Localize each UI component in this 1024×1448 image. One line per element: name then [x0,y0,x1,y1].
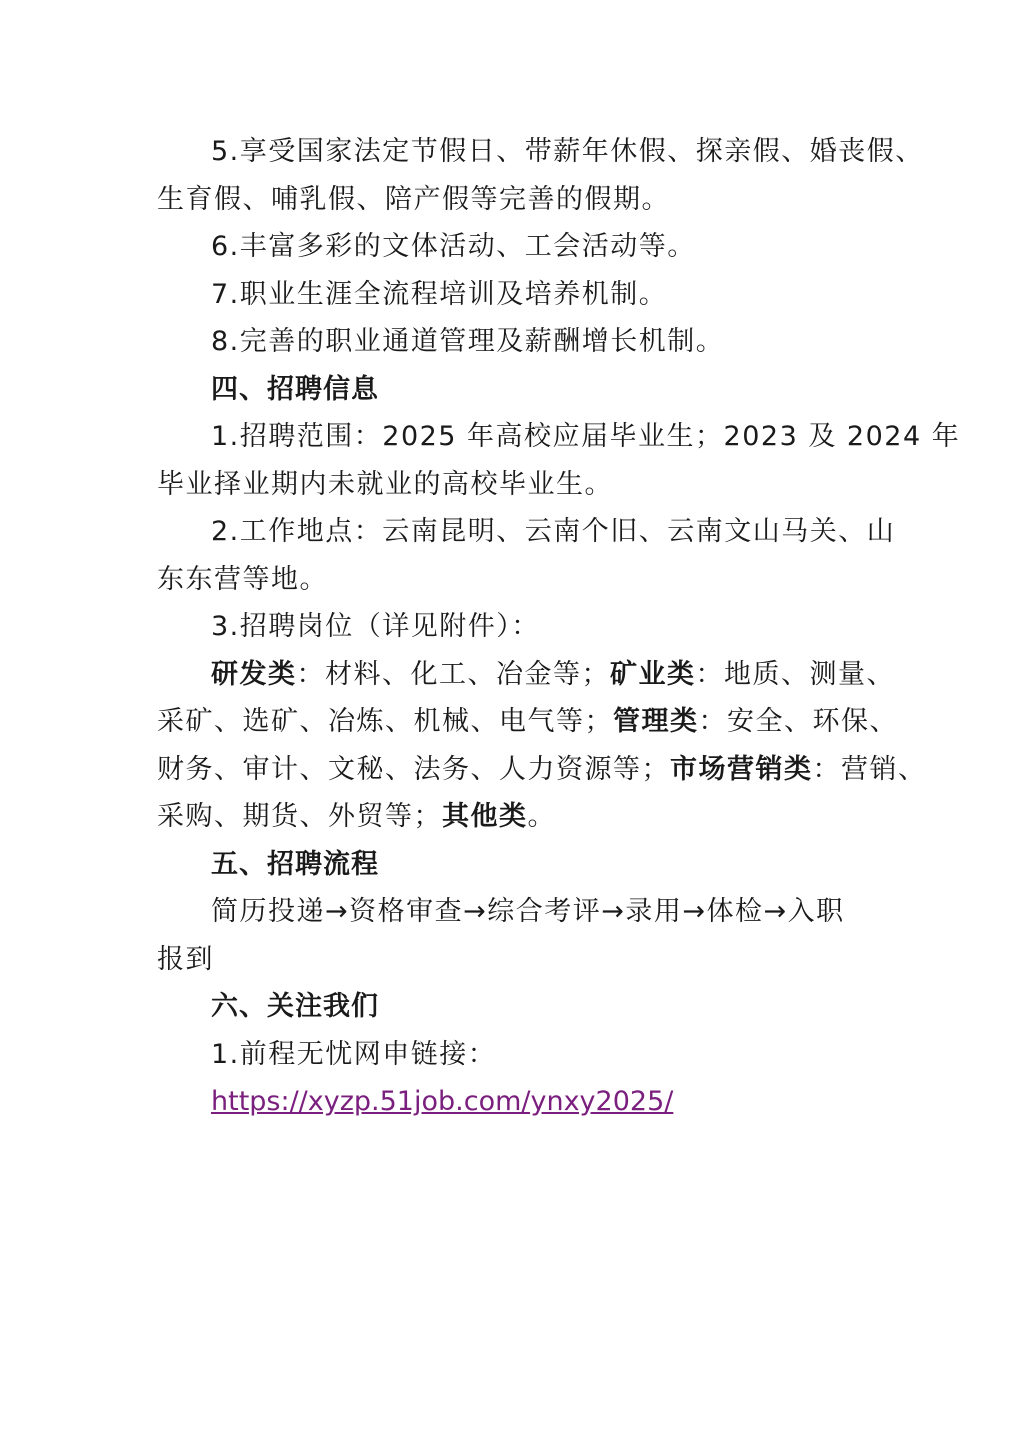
positions-intro: 3.招聘岗位（详见附件）： [157,603,872,651]
category-management-items-part1: 安全、环保、 [727,706,898,737]
section-heading-follow-us: 六、关注我们 [157,983,872,1031]
positions-line4: 采购、期货、外贸等；其他类。 [157,793,872,841]
benefit-item-5-line2: 生育假、哺乳假、陪产假等完善的假期。 [157,176,872,224]
category-mining-items-part1: 地质、测量、 [724,659,895,690]
benefit-item-7: 7.职业生涯全流程培训及培养机制。 [157,271,872,319]
benefit-item-5-line1: 5.享受国家法定节假日、带薪年休假、探亲假、婚丧假、 [157,128,872,176]
category-management-items-part2: 财务、审计、文秘、法务、人力资源等； [157,754,670,785]
positions-line3: 财务、审计、文秘、法务、人力资源等；市场营销类：营销、 [157,746,872,794]
recruitment-scope-line2: 毕业择业期内未就业的高校毕业生。 [157,461,872,509]
benefit-item-8: 8.完善的职业通道管理及薪酬增长机制。 [157,318,872,366]
recruitment-scope-line1: 1.招聘范围：2025 年高校应届毕业生；2023 及 2024 年 [157,413,872,461]
category-mining-items-part2: 采矿、选矿、冶炼、机械、电气等； [157,706,613,737]
process-line1: 简历投递→资格审查→综合考评→录用→体检→入职 [157,888,872,936]
category-mining: 矿业类 [610,659,696,690]
work-location-line1: 2.工作地点：云南昆明、云南个旧、云南文山马关、山 [157,508,872,556]
category-rd: 研发类 [211,659,297,690]
positions-line2: 采矿、选矿、冶炼、机械、电气等；管理类：安全、环保、 [157,698,872,746]
process-line2: 报到 [157,936,872,984]
link-line: https://xyzp.51job.com/ynxy2025/ [157,1078,872,1126]
link-label: 1.前程无忧网申链接： [157,1031,872,1079]
category-marketing-items-part2: 采购、期货、外贸等； [157,801,442,832]
category-marketing-items-part1: 营销、 [841,754,927,785]
document-page: 5.享受国家法定节假日、带薪年休假、探亲假、婚丧假、 生育假、哺乳假、陪产假等完… [157,128,872,1126]
section-heading-recruitment-process: 五、招聘流程 [157,841,872,889]
benefit-item-6: 6.丰富多彩的文体活动、工会活动等。 [157,223,872,271]
category-rd-items: 材料、化工、冶金等； [325,659,610,690]
positions-line1: 研发类：材料、化工、冶金等；矿业类：地质、测量、 [157,651,872,699]
application-link[interactable]: https://xyzp.51job.com/ynxy2025/ [211,1086,673,1117]
category-marketing: 市场营销类 [670,754,813,785]
work-location-line2: 东东营等地。 [157,556,872,604]
category-other: 其他类 [442,801,528,832]
section-heading-recruitment-info: 四、招聘信息 [157,366,872,414]
category-management: 管理类 [613,706,699,737]
